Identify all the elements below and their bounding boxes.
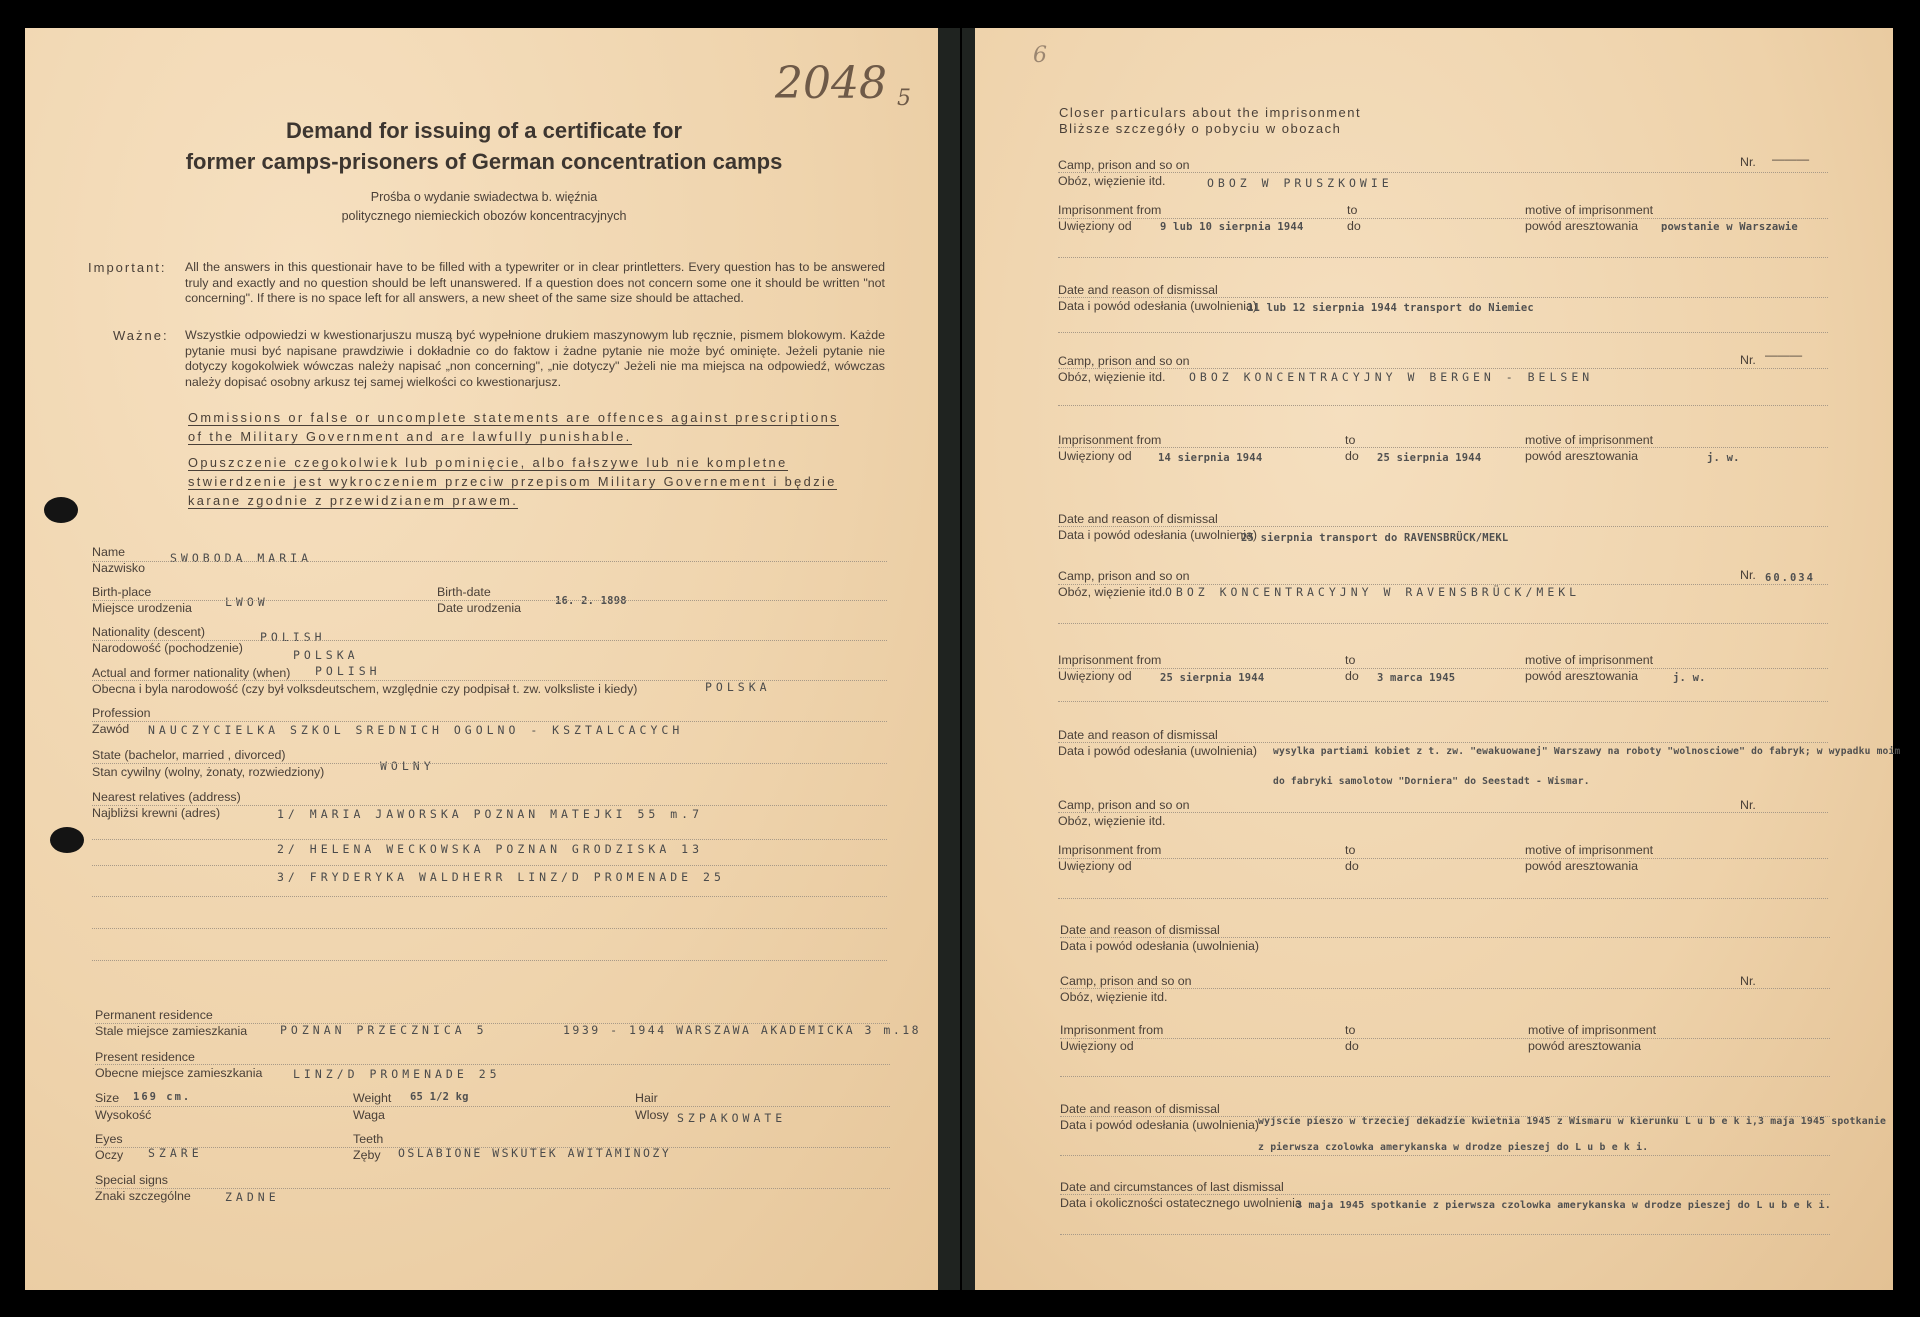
- camp-3-dismissal-line2[interactable]: do fabryki samolotow "Dorniera" do Seest…: [1273, 776, 1590, 787]
- present-residence-line: [95, 1064, 890, 1065]
- motive-label-en: motive of imprisonment: [1525, 843, 1653, 857]
- birth-place-label-en: Birth-place: [92, 585, 151, 599]
- camp-1-motive[interactable]: powstanie w Warszawie: [1661, 221, 1798, 233]
- form-subtitle-line2: politycznego niemieckich obozów koncentr…: [25, 209, 943, 223]
- from-label-pl: Uwięziony od: [1058, 449, 1132, 463]
- state-label-en: State (bachelor, married , divorced): [92, 748, 286, 762]
- camp-line: [1058, 172, 1828, 173]
- relative-3-value[interactable]: 3/ FRYDERYKA WALDHERR LINZ/D PROMENADE 2…: [277, 870, 725, 884]
- birth-field-line: [92, 600, 887, 601]
- warning-pl-line2: stwierdzenie jest wykroczeniem przeciw p…: [188, 474, 837, 490]
- last-dismissal-label-en: Date and circumstances of last dismissal: [1060, 1180, 1284, 1194]
- present-residence-label-pl: Obecne miejsce zamieszkania: [95, 1066, 262, 1080]
- dismissal-label-pl: Data i powód odesłania (uwolnienia): [1058, 528, 1257, 542]
- size-value[interactable]: 169 cm.: [133, 1091, 191, 1103]
- camp-label-en: Camp, prison and so on: [1058, 158, 1190, 172]
- spacer-line: [1060, 1076, 1830, 1077]
- from-label-pl: Uwięziony od: [1058, 859, 1132, 873]
- nr-label: Nr.: [1740, 155, 1756, 169]
- camp-label-en: Camp, prison and so on: [1058, 798, 1190, 812]
- nationality-label-en: Nationality (descent): [92, 625, 205, 639]
- birth-place-label-pl: Miejsce urodzenia: [92, 601, 192, 615]
- from-line: [1058, 447, 1828, 448]
- size-line: [95, 1106, 890, 1107]
- from-label-pl: Uwięziony od: [1058, 669, 1132, 683]
- warning-pl-line1: Opuszczenie czegokolwiek lub pominięcie,…: [188, 455, 788, 471]
- relatives-label-en: Nearest relatives (address): [92, 790, 241, 804]
- camp-2-from[interactable]: 14 sierpnia 1944: [1158, 452, 1262, 464]
- birth-place-value[interactable]: LWOW: [225, 595, 269, 609]
- camp-label-en: Camp, prison and so on: [1058, 354, 1190, 368]
- relative-2-value[interactable]: 2/ HELENA WECKOWSKA POZNAN GRODZISKA 13: [277, 842, 703, 856]
- from-label-en: Imprisonment from: [1058, 203, 1161, 217]
- permanent-residence-line: [95, 1023, 890, 1024]
- warning-english: Ommissions or false or uncomplete statem…: [188, 408, 888, 446]
- relatives-line-3: [92, 865, 887, 866]
- form-title-line2: former camps-prisoners of German concent…: [25, 149, 943, 175]
- from-line: [1060, 1038, 1830, 1039]
- handwritten-number: 2048: [775, 58, 887, 109]
- section-header-en: Closer particulars about the imprisonmen…: [1059, 105, 1361, 120]
- from-line: [1058, 668, 1828, 669]
- punch-hole-icon: [44, 497, 78, 523]
- name-value[interactable]: SWOBODA MARIA: [170, 551, 312, 565]
- page-number: 6: [1033, 43, 1047, 68]
- hair-value[interactable]: SZPAKOWATE: [677, 1111, 786, 1125]
- form-subtitle-line1: Prośba o wydanie swiadectwa b. więźnia: [25, 190, 943, 204]
- name-label-en: Name: [92, 545, 125, 559]
- to-label-pl: do: [1345, 449, 1359, 463]
- section-header-pl: Bliższe szczegóły o pobyciu w obozach: [1059, 121, 1341, 136]
- camp-2-dismissal[interactable]: 25 sierpnia transport do RAVENSBRÜCK/MEK…: [1241, 532, 1508, 544]
- dismissal-line: [1058, 742, 1828, 743]
- eyes-line: [95, 1147, 890, 1148]
- warning-en-line1: Ommissions or false or uncomplete statem…: [188, 410, 839, 426]
- birth-date-label-en: Birth-date: [437, 585, 491, 599]
- camp-2-nr[interactable]: ———: [1765, 348, 1802, 362]
- dismissal-label-pl: Data i powód odesłania (uwolnienia): [1058, 299, 1257, 313]
- motive-label-pl: powód aresztowania: [1525, 449, 1638, 463]
- spacer-line: [1058, 257, 1828, 258]
- spacer-line: [1058, 623, 1828, 624]
- camp-3-dismissal-line1[interactable]: wysylka partiami kobiet z t. zw. "ewakuo…: [1273, 746, 1900, 757]
- birth-date-value[interactable]: 16. 2. 1898: [555, 595, 627, 607]
- dismissal-label-en: Date and reason of dismissal: [1058, 512, 1218, 526]
- camp-2-to[interactable]: 25 sierpnia 1944: [1377, 452, 1481, 464]
- camp-label-pl: Obóz, więzienie itd.: [1058, 585, 1165, 599]
- camp-3-name[interactable]: OBOZ KONCENTRACYJNY W RAVENSBRÜCK/MEKL: [1165, 585, 1580, 599]
- size-label-en: Size: [95, 1091, 119, 1105]
- dismissal-label-en: Date and reason of dismissal: [1058, 283, 1218, 297]
- dismissal-label-pl: Data i powód odesłania (uwolnienia): [1060, 1118, 1259, 1132]
- camp-1-dismissal[interactable]: 11 lub 12 sierpnia 1944 transport do Nie…: [1247, 302, 1534, 314]
- state-line: [92, 763, 887, 764]
- camp-line: [1058, 812, 1828, 813]
- camp-line: [1060, 988, 1830, 989]
- profession-label-pl: Zawód: [92, 722, 129, 736]
- blank-line-2: [92, 960, 887, 961]
- actual-nationality-value-en[interactable]: POLISH: [315, 664, 381, 678]
- nationality-label-pl: Narodowość (pochodzenie): [92, 641, 243, 655]
- motive-label-en: motive of imprisonment: [1525, 653, 1653, 667]
- motive-label-pl: powód aresztowania: [1525, 219, 1638, 233]
- dismissal-line: [1058, 297, 1828, 298]
- from-label-en: Imprisonment from: [1058, 843, 1161, 857]
- camp-1-name[interactable]: OBOZ W PRUSZKOWIE: [1207, 176, 1393, 190]
- eyes-label-pl: Oczy: [95, 1148, 123, 1162]
- state-label-pl: Stan cywilny (wolny, żonaty, rozwiedzion…: [92, 765, 324, 779]
- camp-line: [1058, 584, 1828, 585]
- from-label-pl: Uwięziony od: [1060, 1039, 1134, 1053]
- camp-2-name[interactable]: OBOZ KONCENTRACYJNY W BERGEN - BELSEN: [1189, 370, 1593, 384]
- special-signs-label-pl: Znaki szczególne: [95, 1189, 191, 1203]
- camp-1-from[interactable]: 9 lub 10 sierpnia 1944: [1160, 221, 1303, 233]
- left-page-torn-edge: [938, 28, 960, 1290]
- permanent-residence-label-en: Permanent residence: [95, 1008, 213, 1022]
- camp-line: [1058, 368, 1828, 369]
- warning-en-line2: of the Military Government and are lawfu…: [188, 429, 632, 445]
- dismissal-label-en: Date and reason of dismissal: [1060, 1102, 1220, 1116]
- spacer-line: [1058, 405, 1828, 406]
- punch-hole-icon: [50, 827, 84, 853]
- weight-value[interactable]: 65 1/2 kg: [410, 1091, 469, 1103]
- motive-label-en: motive of imprisonment: [1528, 1023, 1656, 1037]
- dismissal-label-en: Date and reason of dismissal: [1058, 728, 1218, 742]
- to-label-pl: do: [1345, 669, 1359, 683]
- camp-3-to[interactable]: 3 marca 1945: [1377, 672, 1455, 684]
- blank-line-1: [92, 928, 887, 929]
- dismissal-line-2: [1058, 332, 1828, 333]
- camp-1-nr[interactable]: ———: [1772, 152, 1809, 166]
- dismissal-label-pl: Data i powód odesłania (uwolnienia): [1058, 744, 1257, 758]
- camp-label-pl: Obóz, więzienie itd.: [1058, 814, 1165, 828]
- dismissal-line-2: [1060, 1155, 1830, 1156]
- dismissal-line: [1060, 937, 1830, 938]
- relatives-line-1: [92, 805, 887, 806]
- handwritten-subnumber: 5: [897, 86, 911, 111]
- weight-label-en: Weight: [353, 1091, 391, 1105]
- important-text: All the answers in this questionair have…: [185, 260, 885, 307]
- size-label-pl: Wysokość: [95, 1108, 151, 1122]
- hair-label-pl: Wlosy: [635, 1108, 669, 1122]
- form-title-line1: Demand for issuing of a certificate for: [25, 118, 943, 144]
- camp-3-from[interactable]: 25 sierpnia 1944: [1160, 672, 1264, 684]
- camp-label-pl: Obóz, więzienie itd.: [1058, 174, 1165, 188]
- spacer-line: [1058, 898, 1828, 899]
- teeth-label-pl: Zęby: [353, 1148, 381, 1162]
- camp-3-nr[interactable]: 60.034: [1765, 572, 1815, 584]
- to-label-en: to: [1345, 433, 1355, 447]
- weight-label-pl: Waga: [353, 1108, 385, 1122]
- motive-label-en: motive of imprisonment: [1525, 203, 1653, 217]
- from-label-pl: Uwięziony od: [1058, 219, 1132, 233]
- eyes-value[interactable]: SZARE: [148, 1146, 203, 1160]
- nr-label: Nr.: [1740, 568, 1756, 582]
- camp-2-motive[interactable]: j. w.: [1707, 452, 1740, 464]
- special-signs-value[interactable]: ZADNE: [225, 1190, 280, 1204]
- to-label-en: to: [1345, 653, 1355, 667]
- profession-label-en: Profession: [92, 706, 151, 720]
- relatives-label-pl: Najbliżsi krewni (adres): [92, 806, 220, 820]
- permanent-residence-value[interactable]: POZNAN PRZECZNICA 5: [280, 1023, 488, 1037]
- from-label-en: Imprisonment from: [1058, 433, 1161, 447]
- from-label-en: Imprisonment from: [1060, 1023, 1163, 1037]
- dismissal-label-pl: Data i powód odesłania (uwolnienia): [1060, 939, 1259, 953]
- nr-label: Nr.: [1740, 353, 1756, 367]
- relatives-line-2: [92, 839, 887, 840]
- camp-3-motive[interactable]: j. w.: [1673, 672, 1706, 684]
- left-page-form: 2048 5 Demand for issuing of a certifica…: [25, 28, 943, 1290]
- camp-label-pl: Obóz, więzienie itd.: [1058, 370, 1165, 384]
- spacer-line: [1058, 701, 1828, 702]
- dismissal-line: [1058, 526, 1828, 527]
- present-residence-label-en: Present residence: [95, 1050, 195, 1064]
- important-label: Important:: [88, 260, 167, 275]
- last-dismissal-label-pl: Data i okoliczności ostatecznego uwolnie…: [1060, 1196, 1302, 1210]
- nationality-value-pl[interactable]: POLSKA: [293, 648, 359, 662]
- nationality-value-en[interactable]: POLISH: [260, 630, 326, 644]
- actual-nationality-line: [92, 680, 887, 681]
- wazne-text: Wszystkie odpowiedzi w kwestionarjuszu m…: [185, 328, 885, 390]
- actual-nationality-label-pl: Obecna i byla narodowość (czy był volksd…: [92, 682, 637, 696]
- actual-nationality-value-pl[interactable]: POLSKA: [705, 680, 771, 694]
- from-line: [1058, 858, 1828, 859]
- to-label-pl: do: [1345, 1039, 1359, 1053]
- from-label-en: Imprisonment from: [1058, 653, 1161, 667]
- motive-label-pl: powód aresztowania: [1525, 859, 1638, 873]
- camp-label-en: Camp, prison and so on: [1060, 974, 1192, 988]
- special-signs-line: [95, 1188, 890, 1189]
- birth-date-label-pl: Date urodzenia: [437, 601, 521, 615]
- to-label-en: to: [1345, 843, 1355, 857]
- teeth-label-en: Teeth: [353, 1132, 383, 1146]
- camp-5-dismissal-line1[interactable]: wyjscie pieszo w trzeciej dekadzie kwiet…: [1258, 1116, 1886, 1127]
- eyes-label-en: Eyes: [95, 1132, 123, 1146]
- last-dismissal-line: [1060, 1194, 1830, 1195]
- special-signs-label-en: Special signs: [95, 1173, 168, 1187]
- teeth-value[interactable]: OSLABIONE WSKUTEK AWITAMINOZY: [398, 1146, 671, 1160]
- permanent-residence-value-2[interactable]: 1939 - 1944 WARSZAWA AKADEMICKA 3 m.18: [563, 1023, 921, 1037]
- last-dismissal-value[interactable]: 3 maja 1945 spotkanie z pierwsza czolowk…: [1296, 1200, 1831, 1211]
- actual-nationality-label-en: Actual and former nationality (when): [92, 666, 290, 680]
- present-residence-value[interactable]: LINZ/D PROMENADE 25: [293, 1067, 501, 1081]
- camp-5-dismissal-line2[interactable]: z pierwsza czolowka amerykanska w drodze…: [1258, 1142, 1648, 1153]
- motive-label-pl: powód aresztowania: [1525, 669, 1638, 683]
- to-label-pl: do: [1345, 859, 1359, 873]
- dismissal-label-en: Date and reason of dismissal: [1060, 923, 1220, 937]
- nr-label: Nr.: [1740, 974, 1756, 988]
- nr-label: Nr.: [1740, 798, 1756, 812]
- warning-polish: Opuszczenie czegokolwiek lub pominięcie,…: [188, 453, 888, 510]
- camp-label-pl: Obóz, więzienie itd.: [1060, 990, 1167, 1004]
- nationality-field-line: [92, 640, 887, 641]
- hair-label-en: Hair: [635, 1091, 658, 1105]
- relatives-line-4: [92, 896, 887, 897]
- camp-label-en: Camp, prison and so on: [1058, 569, 1190, 583]
- profession-line: [92, 721, 887, 722]
- to-label-en: to: [1345, 1023, 1355, 1037]
- state-value[interactable]: WOLNY: [380, 759, 435, 773]
- relative-1-value[interactable]: 1/ MARIA JAWORSKA POZNAN MATEJKI 55 m.7: [277, 807, 703, 821]
- to-label-pl: do: [1347, 219, 1361, 233]
- profession-value[interactable]: NAUCZYCIELKA SZKOL SREDNICH OGOLNO - KSZ…: [148, 723, 683, 737]
- permanent-residence-label-pl: Stale miejsce zamieszkania: [95, 1024, 247, 1038]
- last-dismissal-line-2: [1060, 1234, 1830, 1235]
- motive-label-en: motive of imprisonment: [1525, 433, 1653, 447]
- warning-pl-line3: karane zgodnie z przewidzianem prawem.: [188, 493, 518, 509]
- motive-label-pl: powód aresztowania: [1528, 1039, 1641, 1053]
- name-label-pl: Nazwisko: [92, 561, 145, 575]
- to-label-en: to: [1347, 203, 1357, 217]
- name-field-line: [92, 561, 887, 562]
- dismissal-line: [1060, 1116, 1830, 1117]
- right-page-form: 6 Closer particulars about the imprisonm…: [975, 28, 1893, 1290]
- from-line: [1058, 218, 1828, 219]
- wazne-label: Ważne:: [113, 328, 169, 343]
